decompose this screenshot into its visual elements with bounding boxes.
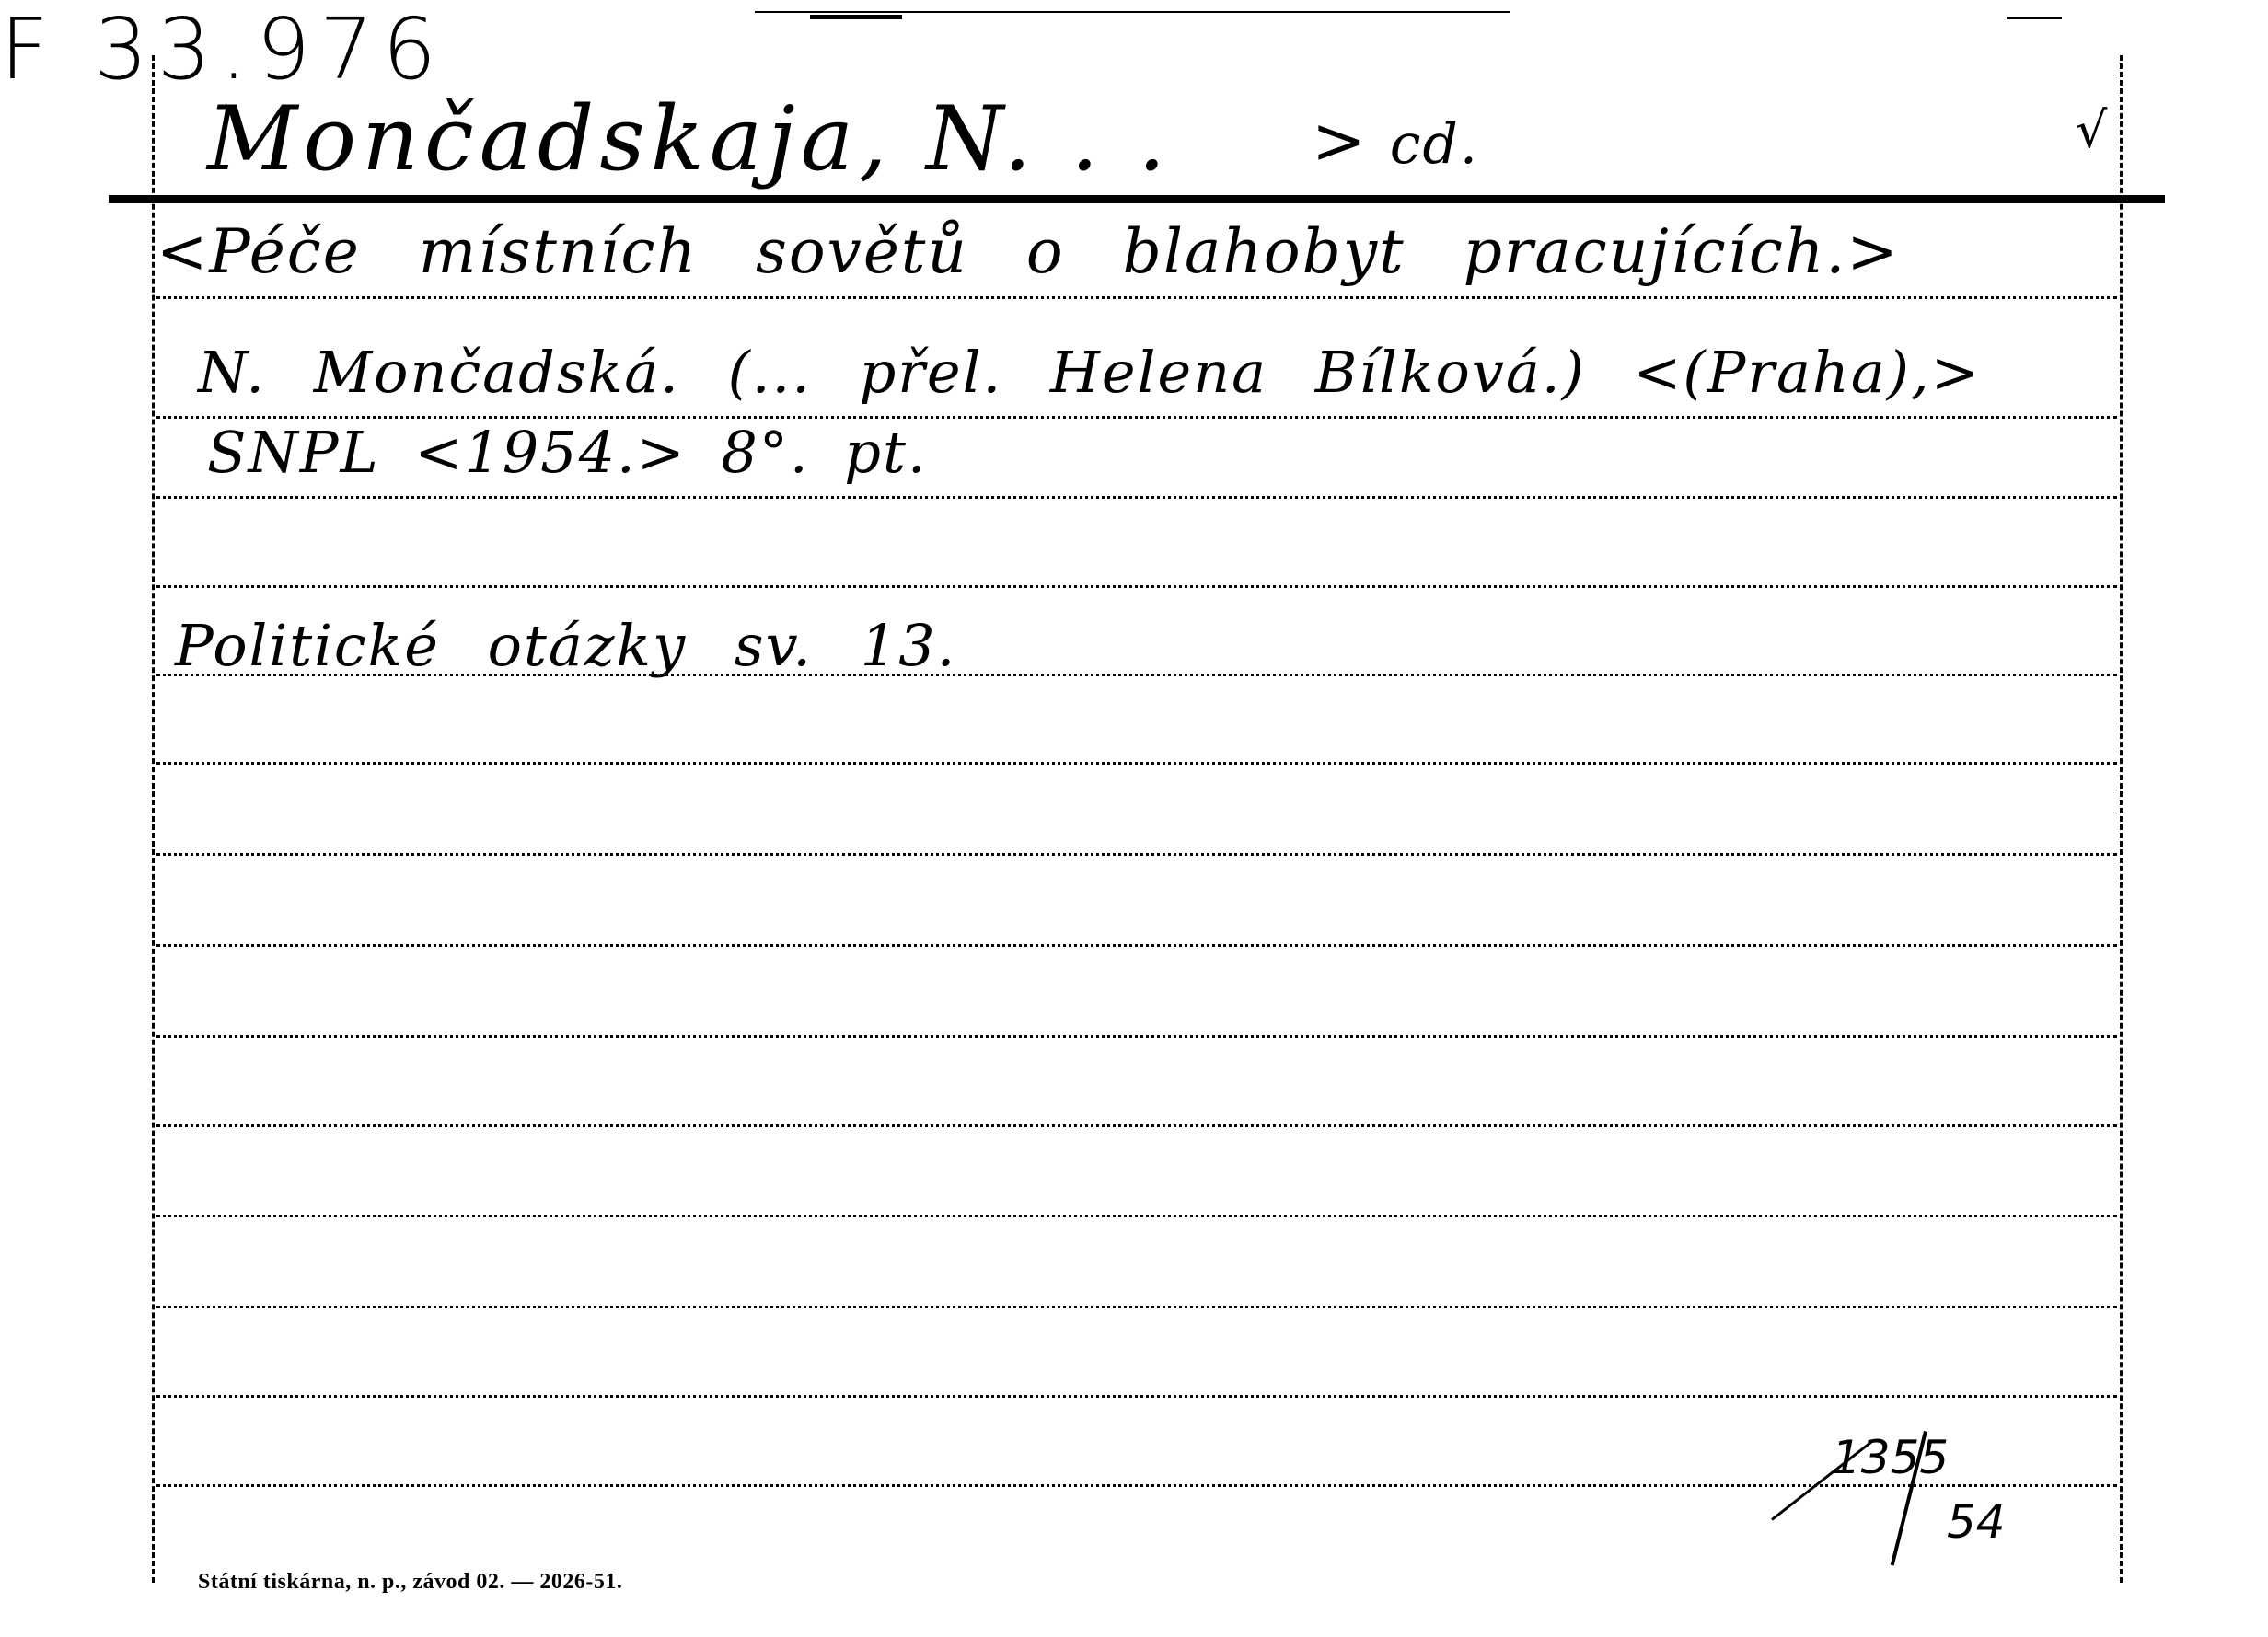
printer-footer: Státní tiskárna, n. p., závod 02. — 2026… — [198, 1570, 622, 1595]
cd-abbrev: cd. — [1390, 112, 1479, 177]
accession-year: 54 — [1947, 1495, 2006, 1549]
scan-artifact — [2007, 17, 2062, 19]
heading-marker-visible: > cd. — [1312, 103, 1479, 179]
ruled-line — [156, 585, 2117, 588]
card-left-border — [152, 55, 155, 1583]
scan-artifact — [810, 15, 902, 19]
ruled-line — [156, 944, 2117, 947]
ruled-line — [156, 1124, 2117, 1127]
ruled-line — [156, 1395, 2117, 1398]
check-mark-icon: √ — [2076, 101, 2107, 159]
ruled-line — [156, 1484, 2117, 1487]
responsibility-statement: N. Mončadská. (... přel. Helena Bílková.… — [198, 339, 1981, 406]
scan-artifact — [755, 11, 1510, 13]
heading-rule — [109, 195, 2165, 203]
imprint-statement: SNPL <1954.> 8°. pt. — [207, 419, 928, 486]
ruled-line — [156, 1306, 2117, 1308]
ruled-line — [156, 296, 2117, 299]
card-right-border — [2120, 55, 2123, 1583]
series-statement: Politické otázky sv. 13. — [175, 612, 956, 679]
ruled-line — [156, 762, 2117, 765]
ruled-line — [156, 496, 2117, 499]
ruled-line — [156, 1215, 2117, 1217]
call-number: F 33.976 — [0, 0, 2268, 98]
ruled-line — [156, 1035, 2117, 1038]
title-statement: <Péče místních sovětů o blahobyt pracují… — [156, 216, 1900, 287]
ruled-line — [156, 853, 2117, 856]
heading-author: Mončadskaja, N. . . — [207, 87, 1172, 190]
